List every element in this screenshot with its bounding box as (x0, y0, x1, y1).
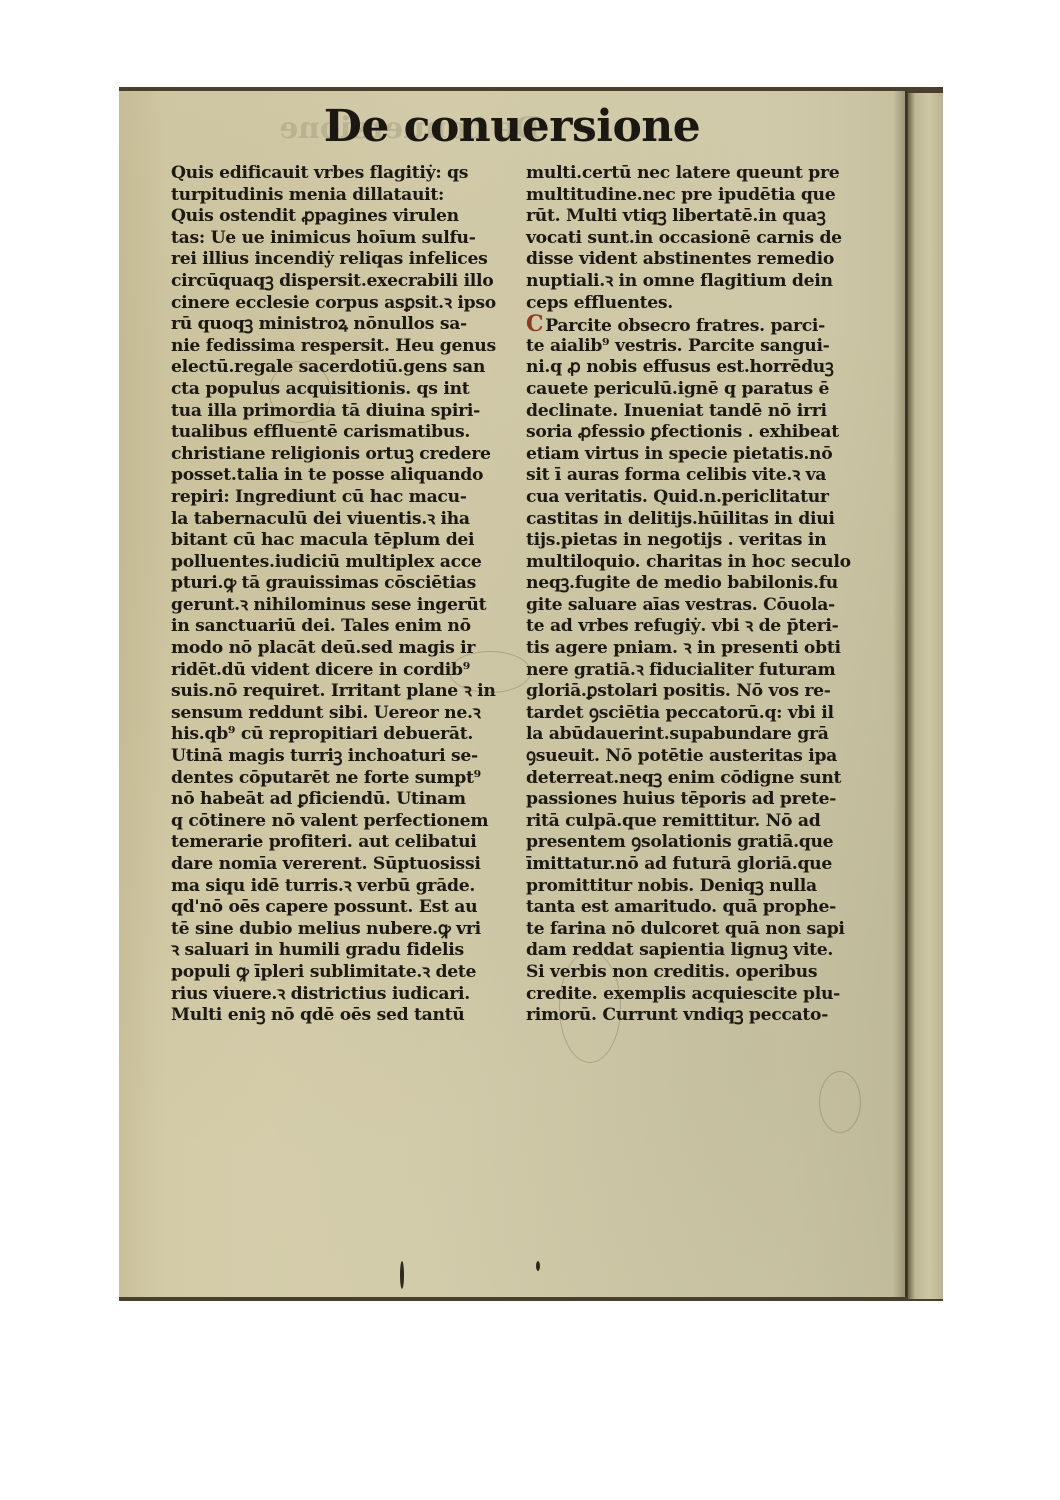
text-line: pturi.ꝙ tā grauissimas cōsciētias (171, 573, 521, 595)
text-line: Multi eniꝫ nō qdē oēs sed tantū (171, 1005, 521, 1027)
text-line: la tabernaculū dei viuentis.ꝛ iha (171, 509, 521, 531)
ink-mark (400, 1261, 404, 1289)
text-line: in sanctuariū dei. Tales enim nō (171, 616, 521, 638)
text-line: sit ī auras forma celibis vite.ꝛ va (526, 465, 866, 487)
text-line: presentem ꝯsolationis gratiā.que (526, 832, 866, 854)
text-line: rū quoqꝫ ministroꝝ nōnullos sa- (171, 314, 521, 336)
running-head: De conuersione (119, 101, 905, 152)
gutter-shadow (893, 91, 907, 1297)
text-line: q cōtinere nō valent perfectionem (171, 811, 521, 833)
text-line: cauete periculū.ignē q paratus ē (526, 379, 866, 401)
text-line: his.qb⁹ cū repropitiari debuerāt. (171, 724, 521, 746)
text-line: ni.q ꝓ nobis effusus est.horrēduꝫ (526, 357, 866, 379)
text-line: dam reddat sapientia lignuꝫ vite. (526, 940, 866, 962)
text-line: rei illius incendiẏ reliqas infelices (171, 249, 521, 271)
text-line: ꝯsueuit. Nō potētie austeritas ipa (526, 746, 866, 768)
text-line: passiones huius tēporis ad prete- (526, 789, 866, 811)
text-line: ma siqu idē turris.ꝛ verbū grāde. (171, 876, 521, 898)
text-line: temerarie profiteri. aut celibatui (171, 832, 521, 854)
text-line: nō habeāt ad ꝑficiendū. Utinam (171, 789, 521, 811)
text-line: vocati sunt.in occasionē carnis de (526, 228, 866, 250)
text-column-left: Quis edificauit vrbes flagitiẏ: qs turpi… (171, 163, 521, 1027)
text-line: īmittatur.nō ad futurā gloriā.que (526, 854, 866, 876)
text-line: Quis edificauit vrbes flagitiẏ: qs (171, 163, 521, 185)
scanned-page-photo: De conuersione De conuersione Quis edifi… (119, 87, 943, 1301)
text-line: soria ꝓfessio ꝑfectionis . exhibeat (526, 422, 866, 444)
text-line: castitas in delitijs.hūilitas in diui (526, 509, 866, 531)
text-line: la abūdauerint.supabundare grā (526, 724, 866, 746)
text-line: rius viuere.ꝛ districtius iudicari. (171, 984, 521, 1006)
text-line: tua illa primordia tā diuina spiri- (171, 401, 521, 423)
text-line: nie fedissima respersit. Heu genus (171, 336, 521, 358)
text-line: te aialib⁹ vestris. Parcite sangui- (526, 336, 866, 358)
text-line: neqꝫ.fugite de medio babilonis.fu (526, 573, 866, 595)
text-line: rimorū. Currunt vndiqꝫ peccato- (526, 1005, 866, 1027)
text-line: deterreat.neqꝫ enim cōdigne sunt (526, 768, 866, 790)
text-line: ritā culpā.que remittitur. Nō ad (526, 811, 866, 833)
text-line: tis agere pniam. ꝛ in presenti obti (526, 638, 866, 660)
text-line: turpitudinis menia dillatauit: (171, 185, 521, 207)
text-line: etiam virtus in specie pietatis.nō (526, 444, 866, 466)
text-line: Si verbis non creditis. operibus (526, 962, 866, 984)
watermark-outline (819, 1071, 861, 1133)
text-line: declinate. Inueniat tandē nō irri (526, 401, 866, 423)
text-line: gloriā.ꝑstolari positis. Nō vos re- (526, 681, 866, 703)
text-line: christiane religionis ortuꝫ credere (171, 444, 521, 466)
text-line: tijs.pietas in negotijs . veritas in (526, 530, 866, 552)
paragraph-line: CParcite obsecro fratres. parci- (526, 314, 866, 336)
text-line: modo nō placāt deū.sed magis ir (171, 638, 521, 660)
text-line: gerunt.ꝛ nihilominus sese ingerūt (171, 595, 521, 617)
text-line: Parcite obsecro fratres. parci- (545, 316, 825, 336)
text-line: cinere ecclesie corpus asꝑsit.ꝛ ipso (171, 293, 521, 315)
text-line: ceps effluentes. (526, 293, 866, 315)
text-line: rūt. Multi vtiqꝫ libertatē.in quaꝫ (526, 206, 866, 228)
text-line: suis.nō requiret. Irritant plane ꝛ in (171, 681, 521, 703)
text-line: polluentes.iudiciū multiplex acce (171, 552, 521, 574)
text-line: repiri: Ingrediunt cū hac macu- (171, 487, 521, 509)
text-line: tardet ꝯsciētia peccatorū.q: vbi il (526, 703, 866, 725)
text-line: Quis ostendit ꝓpagines virulen (171, 206, 521, 228)
text-line: bitant cū hac macula tēplum dei (171, 530, 521, 552)
text-line: te farina nō dulcoret quā non sapi (526, 919, 866, 941)
text-line: sensum reddunt sibi. Uereor ne.ꝛ (171, 703, 521, 725)
text-line: cta populus acquisitionis. qs int (171, 379, 521, 401)
ink-mark (536, 1261, 540, 1271)
text-line: dare nomīa vererent. Sūptuosissi (171, 854, 521, 876)
text-line: dentes cōputarēt ne forte sumpt⁹ (171, 768, 521, 790)
text-line: cua veritatis. Quid.n.periclitatur (526, 487, 866, 509)
text-line: posset.talia in te posse aliquando (171, 465, 521, 487)
text-line: credite. exemplis acquiescite plu- (526, 984, 866, 1006)
text-line: disse vident abstinentes remedio (526, 249, 866, 271)
text-line: tanta est amaritudo. quā prophe- (526, 897, 866, 919)
text-line: nuptiali.ꝛ in omne flagitium dein (526, 271, 866, 293)
text-line: ridēt.dū vident dicere in cordib⁹ (171, 660, 521, 682)
text-line: tualibus effluentē carismatibus. (171, 422, 521, 444)
text-line: populi ꝙ īpleri sublimitate.ꝛ dete (171, 962, 521, 984)
text-line: Utinā magis turriꝫ inchoaturi se- (171, 746, 521, 768)
book-page: De conuersione De conuersione Quis edifi… (119, 91, 907, 1297)
text-line: ꝛ saluari in humili gradu fidelis (171, 940, 521, 962)
adjacent-page-edge (908, 93, 943, 1299)
text-line: nere gratiā.ꝛ fiducialiter futuram (526, 660, 866, 682)
text-column-right: multi.certū nec latere queunt pre multit… (526, 163, 866, 1027)
text-line: te ad vrbes refugiẏ. vbi ꝛ de p̄teri- (526, 616, 866, 638)
text-line: multi.certū nec latere queunt pre (526, 163, 866, 185)
text-line: tē sine dubio melius nubere.ꝙ vri (171, 919, 521, 941)
text-line: qd'nō oēs capere possunt. Est au (171, 897, 521, 919)
paragraph-mark-icon: C (526, 311, 543, 337)
text-line: multiloquio. charitas in hoc seculo (526, 552, 866, 574)
text-line: electū.regale sacerdotiū.gens san (171, 357, 521, 379)
text-line: gite saluare aīas vestras. Cōuola- (526, 595, 866, 617)
text-line: tas: Ue ue inimicus hoīum sulfu- (171, 228, 521, 250)
text-line: multitudine.nec pre ipudētia que (526, 185, 866, 207)
text-line: circūquaqꝫ dispersit.execrabili illo (171, 271, 521, 293)
text-line: promittitur nobis. Deniqꝫ nulla (526, 876, 866, 898)
